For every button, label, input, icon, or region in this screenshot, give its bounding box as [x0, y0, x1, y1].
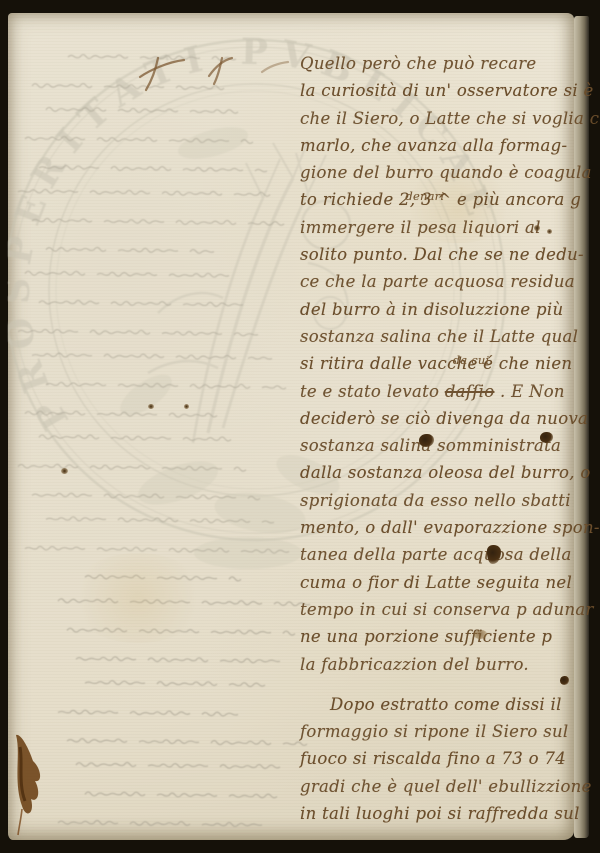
manuscript-paper: PROSPERITATI PVBLICAE	[8, 13, 574, 840]
photo-frame: PROSPERITATI PVBLICAE	[0, 0, 600, 853]
corner-ink-blot	[8, 13, 574, 840]
